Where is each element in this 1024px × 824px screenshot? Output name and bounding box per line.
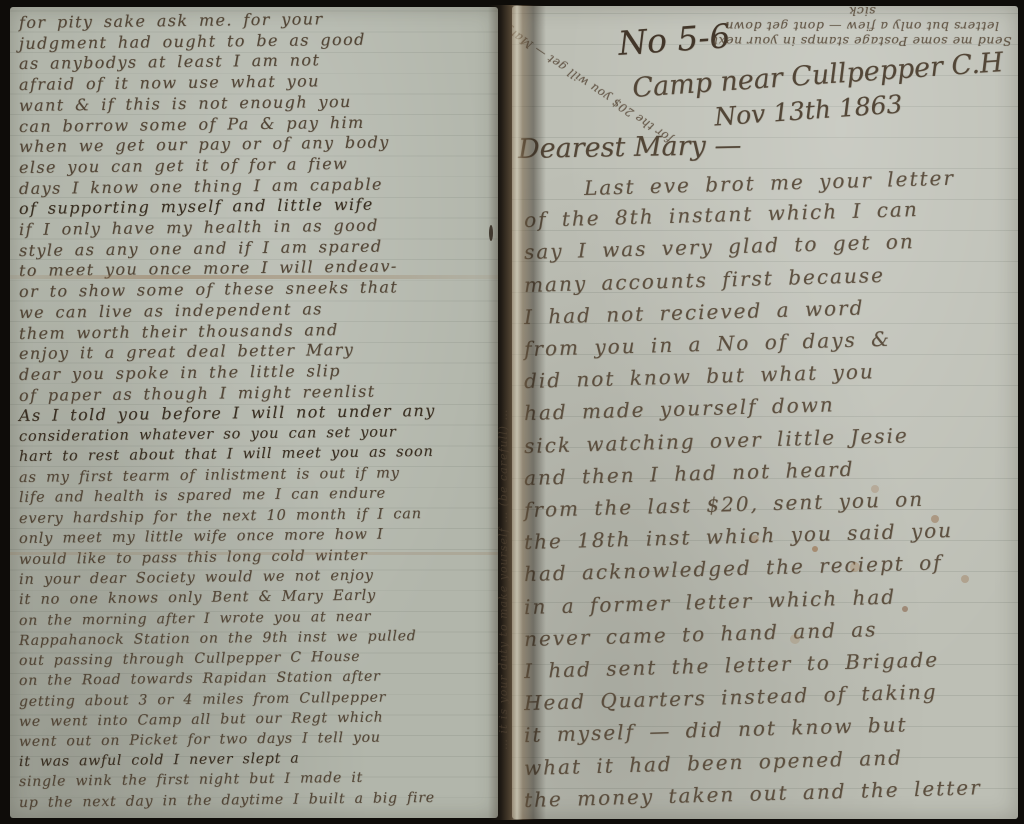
right-page: No 5-6 Camp near Cullpepper C.H Nov 13th… [512,6,1018,819]
spine-margin-note: … it is your duty to make yourself … (be… [497,110,510,750]
letter-salutation: Dearest Mary — [518,130,742,165]
ink-stain-spots [812,546,818,552]
left-page: for pity sake ask me. for yourjudgment h… [10,7,498,818]
ink-blot [489,225,493,241]
left-page-text: for pity sake ask me. for yourjudgment h… [19,13,498,813]
upside-down-note: Send me some Postage stamps in your next… [712,6,1012,49]
letter-scan: for pity sake ask me. for yourjudgment h… [0,0,1024,824]
right-page-text: Last eve brot me your letterof the 8th i… [524,172,1018,816]
